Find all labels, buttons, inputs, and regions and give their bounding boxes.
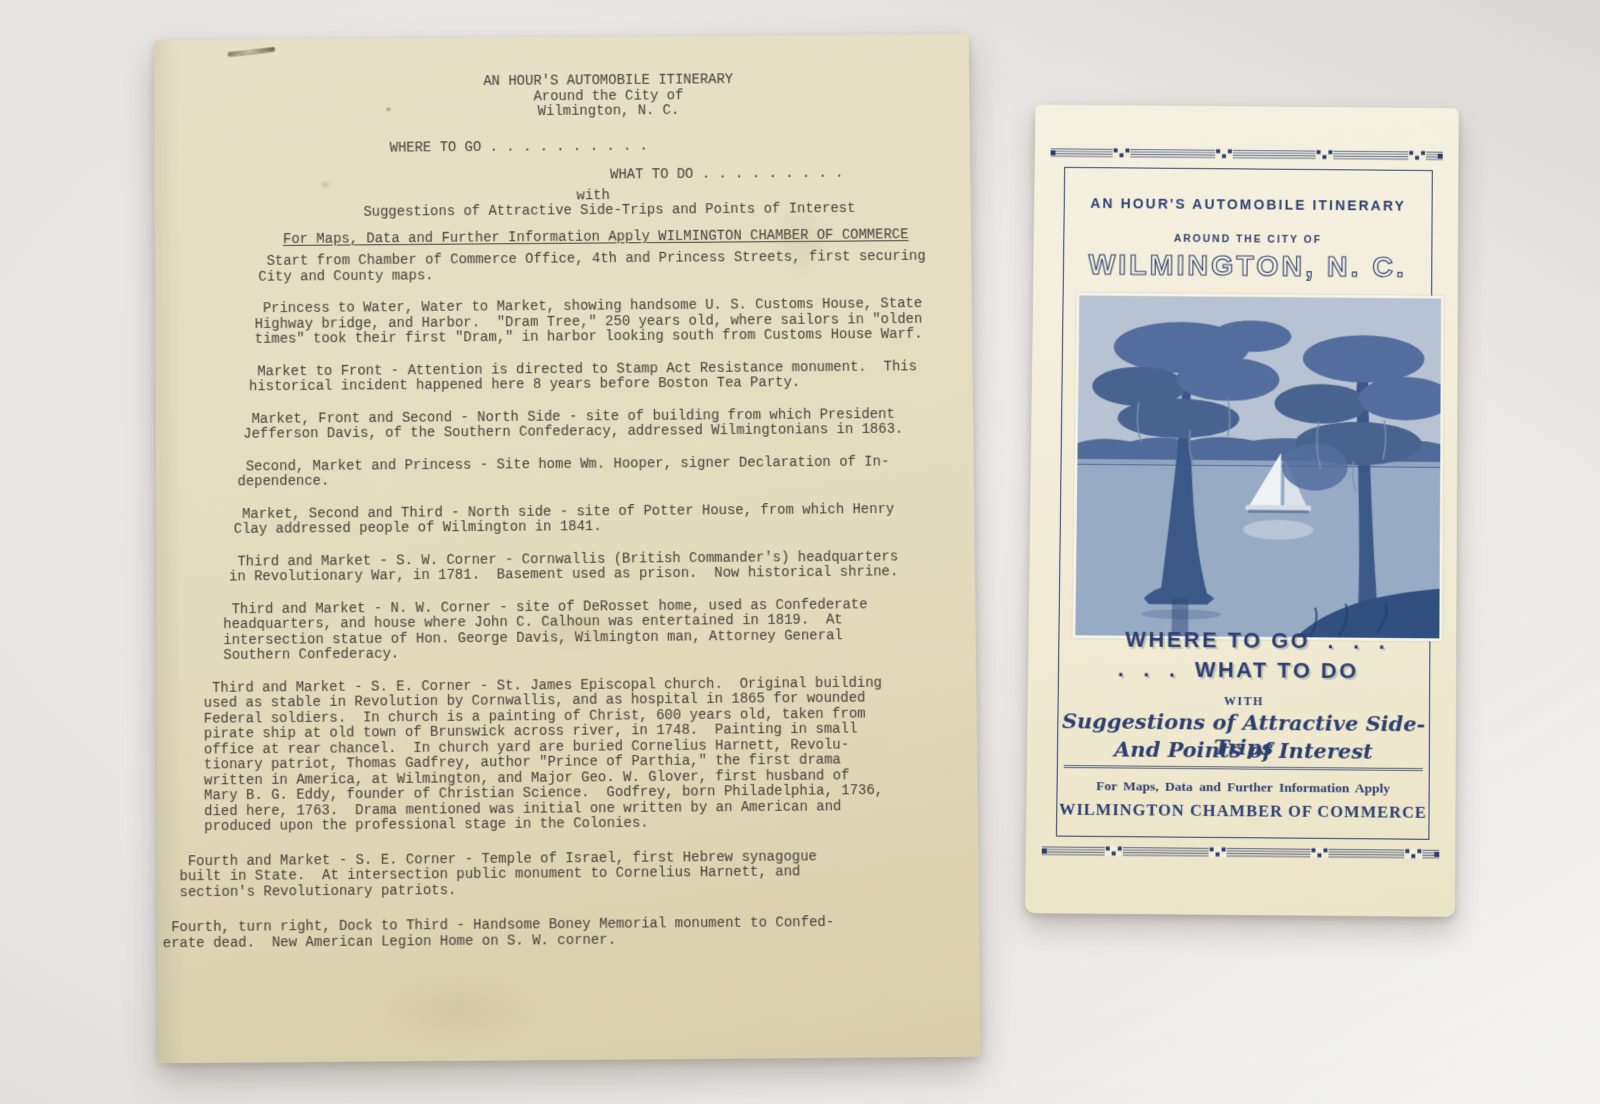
itinerary-paragraph: Market, Front and Second - North Side - … [243, 407, 973, 443]
itinerary-paragraph: Fourth and Market - S. E. Corner - Templ… [179, 849, 978, 902]
brochure-frame: AN HOUR'S AUTOMOBILE ITINERARY AROUND TH… [1056, 167, 1433, 840]
brochure-script-line-2: And Points of Interest [1058, 736, 1429, 764]
itinerary-paragraph: Fourth, turn right, Dock to Third - Hand… [163, 915, 980, 952]
cover-photo [1072, 293, 1444, 642]
brochure-header: AN HOUR'S AUTOMOBILE ITINERARY [1065, 195, 1432, 214]
where-to-go-line: WHERE TO GO . . . . . . . . . . [390, 137, 970, 157]
brochure-org-name: WILMINGTON CHAMBER OF COMMERCE [1057, 800, 1428, 823]
brochure-where-to-go: WHERE TO GO . . . [1071, 626, 1441, 655]
double-rule [1064, 765, 1423, 771]
itinerary-paragraph: Second, Market and Princess - Site home … [237, 454, 974, 490]
staple [227, 47, 275, 56]
itinerary-paragraph: Market to Front - Attention is directed … [249, 359, 973, 395]
typed-itinerary-page: AN HOUR'S AUTOMOBILE ITINERARY Around th… [154, 34, 980, 1063]
brochure-subheader: AROUND THE CITY OF [1064, 232, 1431, 247]
brochure-apply-line: For Maps, Data and Further Information A… [1057, 778, 1428, 797]
itinerary-paragraph: Princess to Water, Water to Market, show… [255, 297, 973, 348]
cypress-trees-sailboat-illustration [1075, 295, 1441, 638]
subtitle-line: Suggestions of Attractive Side-Trips and… [331, 202, 887, 222]
itinerary-paragraph: Third and Market - S. W. Corner - Cornwa… [229, 549, 975, 586]
ornament-band-top-icon [1051, 145, 1443, 162]
photo-backdrop: AN HOUR'S AUTOMOBILE ITINERARY Around th… [0, 0, 1600, 1104]
ornament-band-bottom-icon [1042, 843, 1440, 860]
what-to-do-line: WHAT TO DO . . . . . . . . . [610, 166, 970, 184]
brochure-cover: AN HOUR'S AUTOMOBILE ITINERARY AROUND TH… [1025, 105, 1459, 917]
itinerary-paragraph: Third and Market - N. W. Corner - site o… [223, 597, 976, 664]
brochure-what-to-do: . . . WHAT TO DO [1059, 656, 1429, 685]
brochure-city-title: WILMINGTON, N. C. [1064, 250, 1432, 285]
itinerary-paragraph: Market, Second and Third - North side - … [234, 502, 975, 538]
itinerary-paragraph: Third and Market - S. E. Corner - St. Ja… [204, 675, 978, 835]
itinerary-paragraph: Start from Chamber of Commerce Office, 4… [258, 249, 971, 285]
apply-info-line: For Maps, Data and Further Information A… [283, 227, 971, 248]
typed-page-title: AN HOUR'S AUTOMOBILE ITINERARY Around th… [331, 72, 887, 122]
